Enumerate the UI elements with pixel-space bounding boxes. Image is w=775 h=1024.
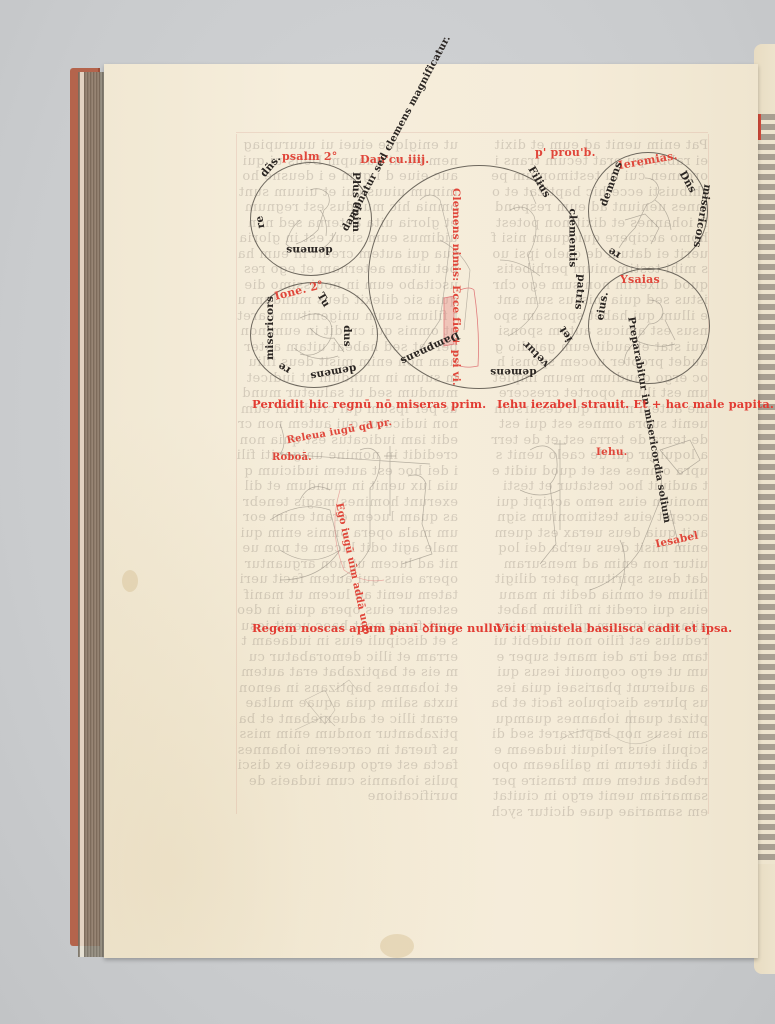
ring-text-iona-dus: dus — [341, 325, 353, 347]
label-proverbs: p' prou'b. — [535, 146, 596, 159]
lower-left-faint-sketch — [285, 670, 385, 750]
label-jehu: Iehu. — [596, 446, 628, 458]
ysaias-figure-sketch — [605, 290, 695, 370]
foxing-stain — [380, 934, 414, 958]
ring-text-david-demens: demens — [286, 244, 333, 256]
caption-middle-left: Regem noscas apum panī ꝺfinge nullū — [252, 621, 501, 636]
label-ysaias: Ysaias — [620, 273, 660, 286]
lower-right-faint-sketch — [540, 700, 700, 770]
label-roboam: Roboā. — [272, 452, 312, 463]
arc-text-clementis: clementis — [567, 208, 579, 267]
ruling-line — [236, 132, 708, 133]
caption-top-right: Iehu iezabel strauit. Et + hac male papi… — [497, 397, 774, 411]
arc-text-demens: demens — [490, 366, 537, 378]
central-scene-sketch — [400, 180, 570, 370]
label-david-ref: psalm 2° — [282, 150, 337, 163]
ruling-line — [236, 134, 237, 814]
central-scroll-text: Clemens nimis: Ecce fie + psi vi. — [450, 188, 462, 386]
label-daniel: Dan'cu.iiij. — [360, 153, 429, 166]
caption-middle-right: Vicit mustela basilisca cadit et ipsa. — [496, 621, 732, 635]
ring-text-david-re: re — [253, 215, 267, 230]
ring-text-iona-misericors: misericors — [264, 296, 276, 360]
caption-top-left: Perdidit hic regnū nō miseras prim. — [252, 397, 486, 411]
facing-page-text — [758, 114, 775, 864]
foxing-stain — [122, 570, 138, 592]
